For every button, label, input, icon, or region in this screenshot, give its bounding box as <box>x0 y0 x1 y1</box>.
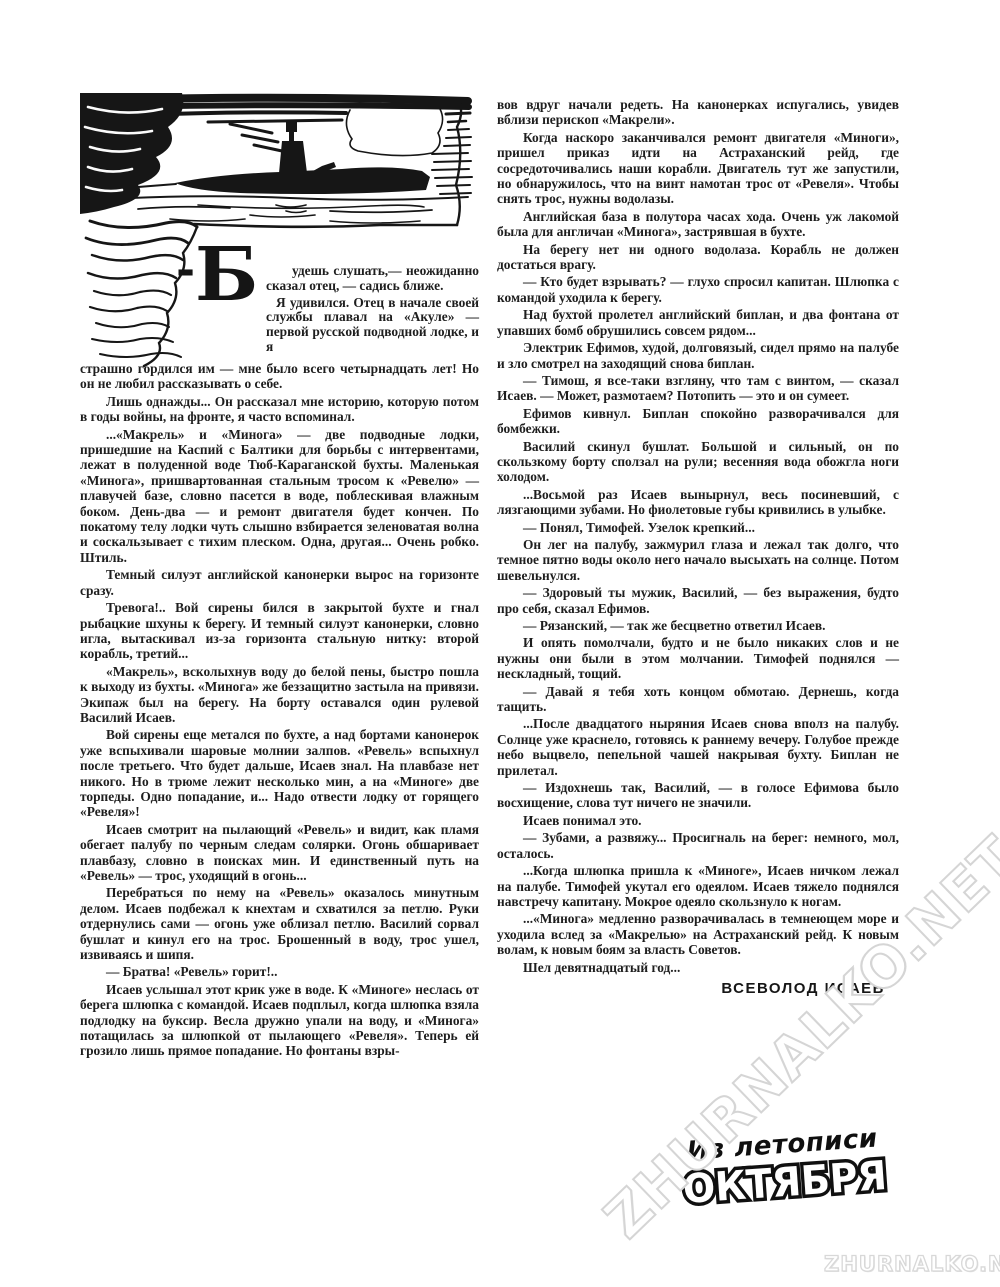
paragraph: Василий скинул бушлат. Большой и сильный… <box>497 439 899 485</box>
paragraph: — Понял, Тимофей. Узелок крепкий... <box>497 520 899 535</box>
paragraph: — Издохнешь так, Василий, — в голосе Ефи… <box>497 780 899 811</box>
paragraph: — Зубами, а развяжу... Просигналь на бер… <box>497 830 899 861</box>
paragraph: Электрик Ефимов, худой, долговязый, сиде… <box>497 340 899 371</box>
paragraph: — Рязанский, — так же бесцветно ответил … <box>497 618 899 633</box>
magazine-page: { "illustration": { "alt": "submarine-at… <box>0 0 1000 1287</box>
paragraph: Я удивился. Отец в начале своей службы п… <box>266 296 479 355</box>
paragraph: — Давай я тебя хоть концом обмотаю. Дерн… <box>497 684 899 715</box>
paragraph: И опять помолчали, будто и не было никак… <box>497 635 899 681</box>
paragraph: Исаев услышал этот крик уже в воде. К «М… <box>80 982 479 1059</box>
paragraph: Перебраться по нему на «Ревель» оказалос… <box>80 885 479 962</box>
paragraph: ...«Макрель» и «Минога» — две подводные … <box>80 427 479 566</box>
paragraph: Темный силуэт английской канонерки вырос… <box>80 567 479 598</box>
submarine-silhouette <box>175 122 430 194</box>
paragraph: ...После двадцатого ныряния Исаев снова … <box>497 716 899 778</box>
paragraph: Вой сирены еще метался по бухте, а над б… <box>80 727 479 819</box>
paragraph: удешь слушать,— неожиданно сказал отец, … <box>266 264 479 294</box>
intro-wide-continuation: страшно гордился им — мне было всего чет… <box>80 361 479 392</box>
paragraph: На берегу нет ни одного водолаза. Корабл… <box>497 242 899 273</box>
dropcap-letter: Б <box>195 238 258 312</box>
dropcap-dash: - <box>176 246 195 292</box>
paragraph: ...«Минога» медленно разворачивалась в т… <box>497 911 899 957</box>
paragraph: Над бухтой пролетел английский биплан, и… <box>497 307 899 338</box>
paragraph: ...Когда шлюпка пришла к «Миноге», Исаев… <box>497 863 899 909</box>
paragraph: ...Восьмой раз Исаев вынырнул, весь поси… <box>497 487 899 518</box>
paragraph: «Макрель», всколыхнув воду до белой пены… <box>80 664 479 726</box>
paragraph: Он лег на палубу, зажмурил глаза и лежал… <box>497 537 899 583</box>
corner-watermark: ZHURNALKO.NET <box>824 1254 1000 1275</box>
right-column: вов вдруг начали редеть. На канонерках и… <box>497 97 899 998</box>
paragraph: Исаев понимал это. <box>497 813 899 828</box>
paragraph: — Здоровый ты мужик, Василий, — без выра… <box>497 585 899 616</box>
paragraph: Лишь однажды... Он рассказал мне историю… <box>80 394 479 425</box>
paragraph: — Тимош, я все-таки взгляну, что там с в… <box>497 373 899 404</box>
paragraph: Ефимов кивнул. Биплан спокойно разворачи… <box>497 406 899 437</box>
left-column-paragraphs: Лишь однажды... Он рассказал мне историю… <box>80 394 479 1059</box>
left-column: страшно гордился им — мне было всего чет… <box>80 361 479 1059</box>
intro-narrow-text: удешь слушать,— неожиданно сказал отец, … <box>266 262 479 355</box>
right-column-paragraphs: вов вдруг начали редеть. На канонерках и… <box>497 97 899 975</box>
paragraph: Когда наскоро заканчивался ремонт двигат… <box>497 130 899 207</box>
paragraph: Исаев смотрит на пылающий «Ревель» и вид… <box>80 822 479 884</box>
paragraph: Английская база в полутора часах хода. О… <box>497 209 899 240</box>
paragraph: — Кто будет взрывать? — глухо спросил ка… <box>497 274 899 305</box>
paragraph: Тревога!.. Вой сирены бился в закрытой б… <box>80 600 479 662</box>
paragraph: — Братва! «Ревель» горит!.. <box>80 964 479 979</box>
paragraph: вов вдруг начали редеть. На канонерках и… <box>497 97 899 128</box>
